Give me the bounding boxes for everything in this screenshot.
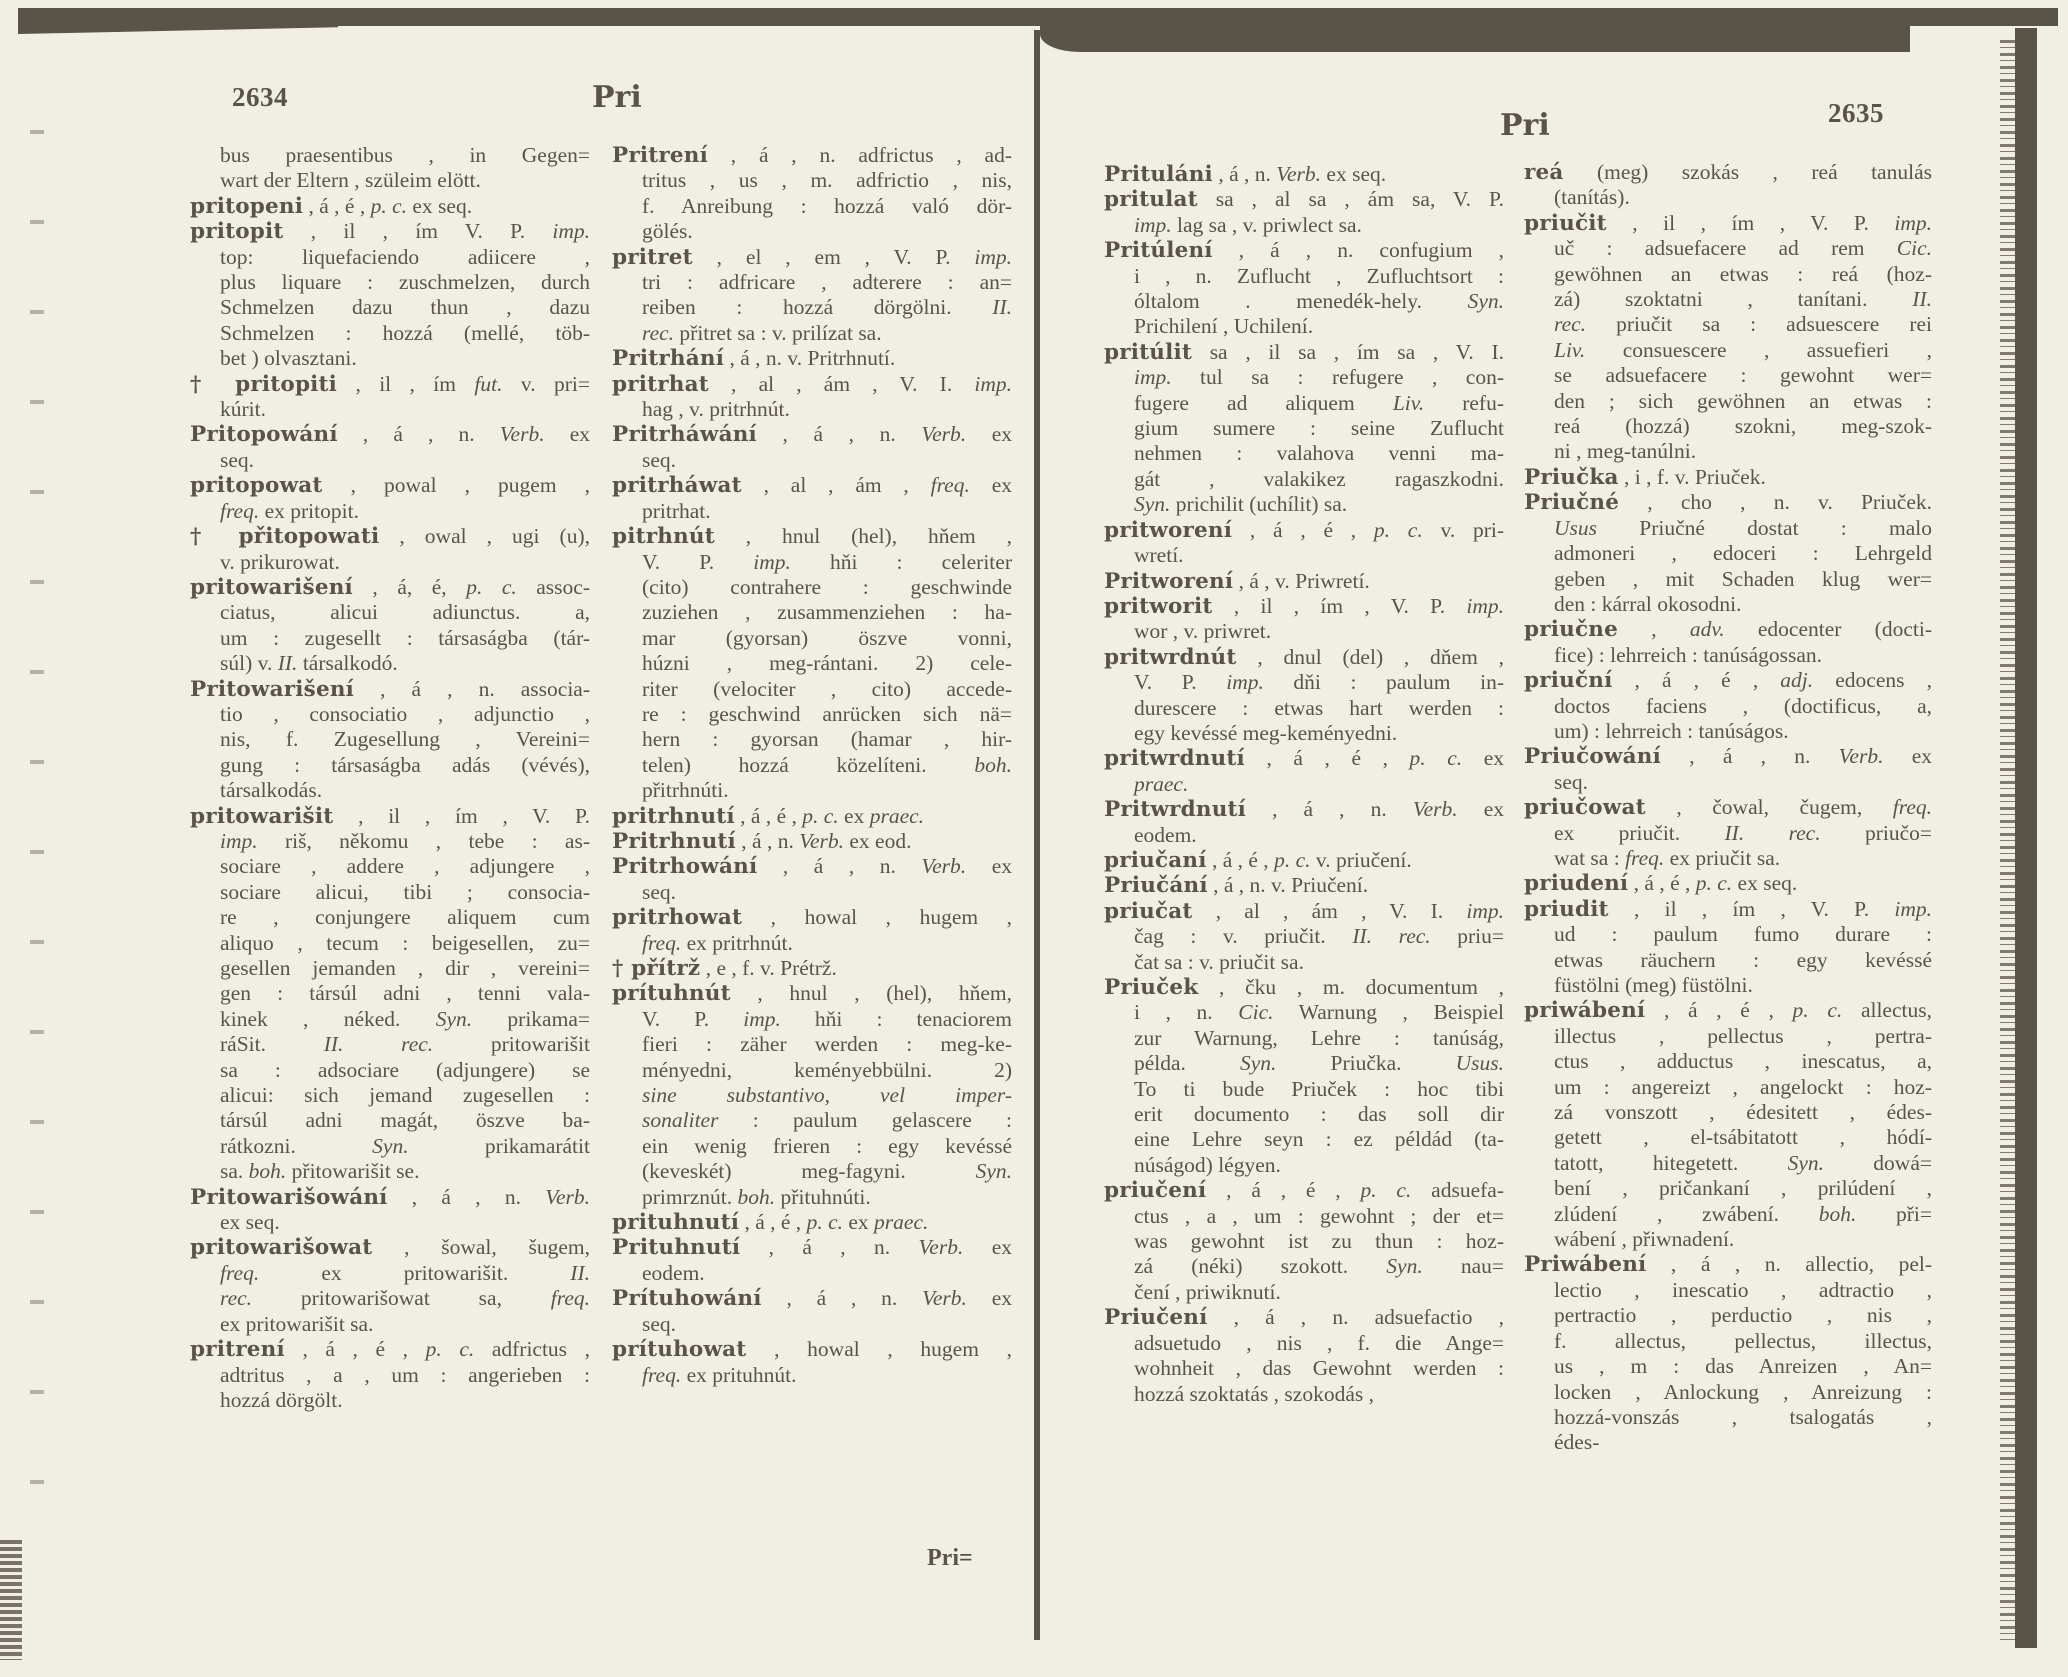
headword: pritret: [612, 245, 693, 270]
italic-abbreviation: p. c.: [1793, 998, 1843, 1022]
entry-headline: pitrhnút , hnul (hel), hňem ,: [612, 524, 1012, 549]
entry-continuation-line: ményedni, keményebbülni. 2): [612, 1058, 1012, 1083]
entry-headline: pritrhat , al , ám , V. I. imp.: [612, 372, 1012, 397]
entry-headline: priudit , il , ím , V. P. imp.: [1524, 897, 1932, 922]
entry-continuation-line: geben , mit Schaden klug wer=: [1524, 567, 1932, 592]
entry-headline: pritwrdnút , dnul (del) , dňem ,: [1104, 645, 1504, 670]
entry-continuation-line: reá (hozzá) szokni, meg-szok-: [1524, 414, 1932, 439]
headword: Priučné: [1524, 490, 1619, 515]
entry-continuation-line: praec.: [1104, 772, 1504, 797]
dictionary-entry: Pritúlení , á , n. confugium ,i , n. Zuf…: [1104, 238, 1504, 340]
entry-continuation-line: gát , valakikez ragaszkodni.: [1104, 467, 1504, 492]
italic-abbreviation: imp.: [974, 372, 1012, 396]
headword: priučowat: [1524, 795, 1646, 820]
italic-abbreviation: p. c.: [1696, 871, 1732, 895]
dictionary-entry: priučit , il , ím , V. P. imp.uč : adsue…: [1524, 211, 1932, 465]
italic-abbreviation: Syn.: [1788, 1151, 1824, 1175]
headword: Priučowání: [1524, 744, 1661, 769]
italic-abbreviation: Usus: [1554, 516, 1597, 540]
italic-abbreviation: rec.: [401, 1032, 433, 1056]
italic-abbreviation: Verb.: [500, 422, 545, 446]
headword: priuční: [1524, 668, 1612, 693]
entry-headline: Pritrháwání , á , n. Verb. ex: [612, 422, 1012, 447]
italic-abbreviation: Syn.: [1240, 1051, 1276, 1075]
dictionary-entry: pritrhat , al , ám , V. I. imp.hag , v. …: [612, 372, 1012, 423]
dictionary-entry: prítuhowat , howal , hugem ,freq. ex pri…: [612, 1337, 1012, 1388]
entry-continuation-line: v. prikurowat.: [190, 550, 590, 575]
entry-continuation-line: zlúdení , zwábení. boh. při=: [1524, 1202, 1932, 1227]
entry-continuation-line: Prichilení , Uchilení.: [1104, 314, 1504, 339]
dictionary-entry: pritrhowat , howal , hugem ,freq. ex pri…: [612, 905, 1012, 956]
entry-headline: pritwrdnutí , á , é , p. c. ex: [1104, 746, 1504, 771]
page-edge-right: [2015, 28, 2037, 1648]
entry-continuation-line: pertractio , perductio , nis ,: [1524, 1303, 1932, 1328]
italic-abbreviation: boh.: [738, 1185, 776, 1209]
entry-continuation-line: um : angereizt , angelockt : hoz-: [1524, 1075, 1932, 1100]
dictionary-entry: pritopeni , á , é , p. c. ex seq.: [190, 194, 590, 219]
entry-continuation-line: V. P. imp. dňi : paulum in-: [1104, 670, 1504, 695]
entry-continuation-line: freq. ex pritopit.: [190, 499, 590, 524]
italic-abbreviation: imp.: [753, 550, 791, 574]
italic-abbreviation: Liv.: [1393, 391, 1424, 415]
entry-headline: priučit , il , ím , V. P. imp.: [1524, 211, 1932, 236]
italic-abbreviation: fut.: [474, 372, 502, 396]
entry-continuation-line: rátkozni. Syn. prikamarátit: [190, 1134, 590, 1159]
entry-continuation-line: ud : paulum fumo durare :: [1524, 922, 1932, 947]
headword: prítuhowat: [612, 1337, 746, 1362]
entry-headline: Pritrhowání , á , n. Verb. ex: [612, 854, 1012, 879]
italic-abbreviation: adj.: [1780, 668, 1813, 692]
italic-abbreviation: imp.: [1894, 211, 1932, 235]
headword: Pritúlení: [1104, 238, 1213, 263]
italic-abbreviation: freq.: [642, 931, 681, 955]
headword: Priuček: [1104, 975, 1198, 1000]
entry-continuation-line: reiben : hozzá dörgölni. II.: [612, 295, 1012, 320]
italic-abbreviation: imp.: [552, 219, 590, 243]
entry-headline: pritrhnutí , á , é , p. c. ex praec.: [612, 804, 1012, 829]
italic-abbreviation: Syn.: [1134, 492, 1170, 516]
headword: Priučání: [1104, 873, 1208, 898]
entry-headline: priučat , al , ám , V. I. imp.: [1104, 899, 1504, 924]
headword: † přítrž: [612, 956, 700, 981]
entry-continuation-line: gölés.: [612, 219, 1012, 244]
dictionary-entry: priučne , adv. edocenter (docti-fice) : …: [1524, 617, 1932, 668]
entry-continuation-line: adtritus , a , um : angerieben :: [190, 1363, 590, 1388]
italic-abbreviation: imp.: [1134, 213, 1172, 237]
entry-continuation-line: sa. boh. přitowarišit se.: [190, 1159, 590, 1184]
headword: Prituláni: [1104, 162, 1213, 187]
entry-continuation-line: hozzá szoktatás , szokodás ,: [1104, 1382, 1504, 1407]
entry-continuation-line: tri : adfricare , adterere : an=: [612, 270, 1012, 295]
headword: prítuhnút: [612, 981, 731, 1006]
italic-abbreviation: II.: [1352, 924, 1372, 948]
dictionary-entry: Priučné , cho , n. v. Priuček.Usus Priuč…: [1524, 490, 1932, 617]
entry-continuation-line: társúl adni magát, öszve ba-: [190, 1108, 590, 1133]
entry-headline: pritworit , il , ím , V. P. imp.: [1104, 594, 1504, 619]
headword: pritrhowat: [612, 905, 742, 930]
italic-abbreviation: rec.: [1399, 924, 1431, 948]
headword: pritopowat: [190, 473, 323, 498]
italic-abbreviation: praec.: [1134, 772, 1188, 796]
headword: Prítuhowání: [612, 1286, 762, 1311]
italic-abbreviation: p. c.: [1410, 746, 1463, 770]
dictionary-entry: pritworit , il , ím , V. P. imp.wor , v.…: [1104, 594, 1504, 645]
entry-continuation-line: nehmen : valahova venni ma-: [1104, 441, 1504, 466]
entry-continuation-line: sonaliter : paulum gelascere :: [612, 1108, 1012, 1133]
entry-continuation-line: imp. lag sa , v. priwlect sa.: [1104, 213, 1504, 238]
entry-continuation-line: gewöhnen an etwas : reá (hoz-: [1524, 262, 1932, 287]
italic-abbreviation: p. c.: [1374, 518, 1423, 542]
dictionary-entry: Pritrháwání , á , n. Verb. exseq.: [612, 422, 1012, 473]
headword: pritrení: [190, 1337, 285, 1362]
entry-headline: pritulat sa , al sa , ám sa, V. P.: [1104, 187, 1504, 212]
entry-continuation-line: den ; sich gewöhnen an etwas :: [1524, 389, 1932, 414]
dictionary-entry: Pritwrdnutí , á , n. Verb. exeodem.: [1104, 797, 1504, 848]
entry-continuation-line: eine Lehre seyn : ez példád (ta-: [1104, 1127, 1504, 1152]
dictionary-entry: pritrení , á , é , p. c. adfrictus ,adtr…: [190, 1337, 590, 1413]
entry-headline: Pritowarišení , á , n. associa-: [190, 677, 590, 702]
entry-headline: Priwábení , á , n. allectio, pel-: [1524, 1252, 1932, 1277]
entry-continuation-line: seq.: [612, 448, 1012, 473]
entry-continuation-line: eodem.: [612, 1261, 1012, 1286]
headword: pritowarišit: [190, 804, 333, 829]
entry-continuation-line: wohnheit , das Gewohnt werden :: [1104, 1356, 1504, 1381]
entry-continuation-line: bus praesentibus , in Gegen=: [190, 143, 590, 168]
dictionary-entry: pritret , el , em , V. P. imp.tri : adfr…: [612, 245, 1012, 347]
entry-continuation-line: sociare alicui, tibi ; consocia-: [190, 880, 590, 905]
entry-headline: pritrhowat , howal , hugem ,: [612, 905, 1012, 930]
dictionary-entry: pritworení , á , é , p. c. v. pri-wretí.: [1104, 518, 1504, 569]
italic-abbreviation: Verb.: [921, 422, 966, 446]
headword: pritúlit: [1104, 340, 1192, 365]
headword: Pritrhání: [612, 346, 724, 371]
entry-headline: pritowarišení , á, é, p. c. assoc-: [190, 575, 590, 600]
dictionary-entry: pritrhnutí , á , é , p. c. ex praec.: [612, 804, 1012, 829]
entry-continuation-line: riter (velociter , cito) accede-: [612, 677, 1012, 702]
headword: priwábení: [1524, 998, 1645, 1023]
italic-abbreviation: Liv.: [1554, 338, 1585, 362]
entry-headline: priučowat , čowal, čugem, freq.: [1524, 795, 1932, 820]
headword: priučit: [1524, 211, 1607, 236]
book-gutter: [1034, 30, 1040, 1640]
italic-abbreviation: imp.: [220, 829, 258, 853]
entry-continuation-line: ni , meg-tanúlni.: [1524, 439, 1932, 464]
dictionary-entry: † pritopiti , il , ím fut. v. pri=kúrit.: [190, 372, 590, 423]
entry-headline: Pritowarišowání , á , n. Verb.: [190, 1185, 590, 1210]
headword: pritopeni: [190, 194, 303, 219]
entry-continuation-line: alicui: sich jemand zugesellen :: [190, 1083, 590, 1108]
entry-continuation-line: ein wenig frieren : egy kevéssé: [612, 1134, 1012, 1159]
dictionary-entry: priučaní , á , é , p. c. v. priučení.: [1104, 848, 1504, 873]
italic-abbreviation: freq.: [1893, 795, 1932, 819]
entry-continuation-line: Schmelzen : hozzá (mellé, töb-: [190, 321, 590, 346]
entry-headline: pritrháwat , al , ám , freq. ex: [612, 473, 1012, 498]
dictionary-entry: Priučání , á , n. v. Priučení.: [1104, 873, 1504, 898]
italic-abbreviation: sine substantivo, vel imper-: [642, 1083, 1012, 1107]
entry-continuation-line: adsuetudo , nis , f. die Ange=: [1104, 1331, 1504, 1356]
italic-abbreviation: II.: [278, 651, 298, 675]
entry-headline: Pritrení , á , n. adfrictus , ad-: [612, 143, 1012, 168]
entry-headline: pritret , el , em , V. P. imp.: [612, 245, 1012, 270]
headword: pritopit: [190, 219, 284, 244]
headword: Prituhnutí: [612, 1235, 740, 1260]
dictionary-entry: Priwábení , á , n. allectio, pel-lectio …: [1524, 1252, 1932, 1455]
dictionary-entry: Pritowarišení , á , n. associa-tio , con…: [190, 677, 590, 804]
italic-abbreviation: Syn.: [1468, 289, 1504, 313]
dictionary-entry: pritwrdnutí , á , é , p. c. expraec.: [1104, 746, 1504, 797]
entry-continuation-line: Usus Priučné dostat : malo: [1524, 516, 1932, 541]
italic-abbreviation: imp.: [1894, 897, 1932, 921]
entry-continuation-line: se adsuefacere : gewohnt wer=: [1524, 363, 1932, 388]
entry-continuation-line: (cito) contrahere : geschwinde: [612, 575, 1012, 600]
entry-continuation-line: kúrit.: [190, 397, 590, 422]
entry-headline: prítuhnút , hnul , (hel), hňem,: [612, 981, 1012, 1006]
entry-continuation-line: tatott, hitegetett. Syn. dowá=: [1524, 1151, 1932, 1176]
entry-continuation-line: núságod) légyen.: [1104, 1153, 1504, 1178]
dictionary-entry: Pritrhání , á , n. v. Pritrhnutí.: [612, 346, 1012, 371]
italic-abbreviation: p. c.: [802, 804, 838, 828]
italic-abbreviation: imp.: [1466, 594, 1504, 618]
entry-continuation-line: zur Warnung, Lehre : tanúság,: [1104, 1026, 1504, 1051]
dictionary-entry: priučowat , čowal, čugem, freq.ex priuči…: [1524, 795, 1932, 871]
dictionary-entry: Prituláni , á , n. Verb. ex seq.: [1104, 162, 1504, 187]
entry-continuation-line: us , m : das Anreizen , An=: [1524, 1354, 1932, 1379]
italic-abbreviation: imp.: [743, 1007, 781, 1031]
dictionary-entry: priučat , al , ám , V. I. imp.čag : v. p…: [1104, 899, 1504, 975]
dictionary-entry: pritwrdnút , dnul (del) , dňem ,V. P. im…: [1104, 645, 1504, 747]
dictionary-entry: pitrhnút , hnul (hel), hňem ,V. P. imp. …: [612, 524, 1012, 803]
entry-continuation-line: bení , pričankaní , prilúdení ,: [1524, 1176, 1932, 1201]
entry-headline: Pritúlení , á , n. confugium ,: [1104, 238, 1504, 263]
headword: Priwábení: [1524, 1252, 1646, 1277]
dictionary-entry: pritowarišowat , šowal, šugem,freq. ex p…: [190, 1235, 590, 1337]
entry-continuation-line: (keveskét) meg-fagyni. Syn.: [612, 1159, 1012, 1184]
entry-continuation-line: wat sa : freq. ex priučit sa.: [1524, 846, 1932, 871]
headword: Pritrhowání: [612, 854, 757, 879]
italic-abbreviation: p. c.: [1360, 1178, 1411, 1202]
headword: priudení: [1524, 871, 1628, 896]
running-head-left: Pri: [592, 80, 642, 115]
entry-continuation-line: bet ) olvasztani.: [190, 346, 590, 371]
entry-continuation-line: Syn. prichilit (uchílit) sa.: [1104, 492, 1504, 517]
entry-continuation-line: ciatus, alicui adiunctus. a,: [190, 600, 590, 625]
italic-abbreviation: Syn.: [436, 1007, 472, 1031]
dictionary-entry: † přítrž , e , f. v. Prétrž.: [612, 956, 1012, 981]
entry-continuation-line: rec. pritowarišowat sa, freq.: [190, 1286, 590, 1311]
headword: pritrháwat: [612, 473, 742, 498]
headword: † pritopiti: [190, 372, 337, 397]
entry-headline: pritowarišit , il , ím , V. P.: [190, 804, 590, 829]
entry-continuation-line: erit documento : das soll dir: [1104, 1102, 1504, 1127]
entry-headline: Pritwrdnutí , á , n. Verb. ex: [1104, 797, 1504, 822]
entry-continuation-line: primrznút. boh. přituhnúti.: [612, 1185, 1012, 1210]
entry-continuation-line: doctos faciens , (doctificus, a,: [1524, 694, 1932, 719]
dictionary-entry: Pritopowání , á , n. Verb. exseq.: [190, 422, 590, 473]
entry-headline: Prituhnutí , á , n. Verb. ex: [612, 1235, 1012, 1260]
italic-abbreviation: II.: [1912, 287, 1932, 311]
entry-continuation-line: seq.: [190, 448, 590, 473]
entry-headline: prítuhowat , howal , hugem ,: [612, 1337, 1012, 1362]
entry-continuation-line: V. P. imp. hňi : tenaciorem: [612, 1007, 1012, 1032]
entry-headline: Priučení , á , n. adsuefactio ,: [1104, 1305, 1504, 1330]
entry-continuation-line: ctus , adductus , inescatus, a,: [1524, 1049, 1932, 1074]
entry-headline: prituhnutí , á , é , p. c. ex praec.: [612, 1210, 1012, 1235]
left-page-column-1: bus praesentibus , in Gegen=wart der Elt…: [190, 143, 590, 1413]
italic-abbreviation: Verb.: [799, 829, 844, 853]
entry-continuation-line: zuziehen , zusammenziehen : ha-: [612, 600, 1012, 625]
entry-headline: † pritopiti , il , ím fut. v. pri=: [190, 372, 590, 397]
entry-continuation-line: freq. ex pritrhnút.: [612, 931, 1012, 956]
entry-continuation-line: den : kárral okosodni.: [1524, 592, 1932, 617]
italic-abbreviation: freq.: [220, 499, 259, 523]
entry-headline: Pritworení , á , v. Priwretí.: [1104, 569, 1504, 594]
entry-continuation-line: ex pritowarišit sa.: [190, 1312, 590, 1337]
page-number-right: 2635: [1828, 98, 1884, 129]
catchword: Pri=: [927, 1545, 973, 1572]
dictionary-entry: Priuček , čku , m. documentum ,i , n. Ci…: [1104, 975, 1504, 1178]
dictionary-entry: † přitopowati , owal , ugi (u),v. prikur…: [190, 524, 590, 575]
italic-abbreviation: p. c.: [426, 1337, 475, 1361]
italic-abbreviation: boh.: [974, 753, 1012, 777]
italic-abbreviation: rec.: [1554, 312, 1586, 336]
entry-continuation-line: fieri : zäher werden : meg-ke-: [612, 1032, 1012, 1057]
dictionary-entry: pritowarišení , á, é, p. c. assoc-ciatus…: [190, 575, 590, 677]
entry-headline: † přitopowati , owal , ugi (u),: [190, 524, 590, 549]
entry-continuation-line: re : geschwind anrücken sich nä=: [612, 702, 1012, 727]
italic-abbreviation: imp.: [1226, 670, 1264, 694]
entry-continuation-line: húzni , meg-rántani. 2) cele-: [612, 651, 1012, 676]
entry-continuation-line: gen : társúl adni , tenni vala-: [190, 981, 590, 1006]
italic-abbreviation: II.: [570, 1261, 590, 1285]
entry-headline: pritworení , á , é , p. c. v. pri-: [1104, 518, 1504, 543]
dictionary-entry: Pritrení , á , n. adfrictus , ad-tritus …: [612, 143, 1012, 245]
italic-abbreviation: boh.: [1819, 1202, 1857, 1226]
headword: Priučení: [1104, 1305, 1207, 1330]
entry-headline: priuční , á , é , adj. edocens ,: [1524, 668, 1932, 693]
headword: pitrhnút: [612, 524, 715, 549]
entry-continuation-line: eodem.: [1104, 823, 1504, 848]
entry-continuation-line: přitrhnúti.: [612, 778, 1012, 803]
right-page-column-1: Prituláni , á , n. Verb. ex seq.pritulat…: [1104, 162, 1504, 1407]
entry-headline: Priučka , i , f. v. Priuček.: [1524, 465, 1932, 490]
dictionary-entry: pritowarišit , il , ím , V. P.imp. riš, …: [190, 804, 590, 1185]
entry-headline: pritopowat , powal , pugem ,: [190, 473, 590, 498]
dictionary-entry: reá (meg) szokás , reá tanulás(tanítás).: [1524, 160, 1932, 211]
dictionary-entry: pritopowat , powal , pugem ,freq. ex pri…: [190, 473, 590, 524]
entry-continuation-line: sine substantivo, vel imper-: [612, 1083, 1012, 1108]
italic-abbreviation: Verb.: [922, 1286, 967, 1310]
entry-continuation-line: zá (néki) szokott. Syn. nau=: [1104, 1254, 1504, 1279]
entry-continuation-line: rec. priučit sa : adsuescere rei: [1524, 312, 1932, 337]
headword: pritrhnutí: [612, 804, 735, 829]
entry-continuation-line: wretí.: [1104, 543, 1504, 568]
entry-continuation-line: zá vonszott , édesitett , édes-: [1524, 1100, 1932, 1125]
entry-continuation-line: i , n. Cic. Warnung , Beispiel: [1104, 1000, 1504, 1025]
entry-continuation-line: kinek , néked. Syn. prikama=: [190, 1007, 590, 1032]
headword: priučení: [1104, 1178, 1206, 1203]
italic-abbreviation: p. c.: [1274, 848, 1310, 872]
entry-continuation-line: tritus , us , m. adfrictio , nis,: [612, 168, 1012, 193]
italic-abbreviation: praec.: [870, 804, 924, 828]
entry-continuation-line: zá) szoktatni , tanítani. II.: [1524, 287, 1932, 312]
headword: † přitopowati: [190, 524, 379, 549]
entry-headline: Pritrhání , á , n. v. Pritrhnutí.: [612, 346, 1012, 371]
entry-continuation-line: súl) v. II. társalkodó.: [190, 651, 590, 676]
headword: Pritowarišení: [190, 677, 354, 702]
entry-continuation-line: seq.: [612, 1312, 1012, 1337]
dictionary-entry: Priučka , i , f. v. Priuček.: [1524, 465, 1932, 490]
entry-headline: pritúlit sa , il sa , ím sa , V. I.: [1104, 340, 1504, 365]
entry-continuation-line: uč : adsuefacere ad rem Cic.: [1524, 236, 1932, 261]
dictionary-entry: Priučowání , á , n. Verb. exseq.: [1524, 744, 1932, 795]
entry-continuation-line: gium sumere : seine Zuflucht: [1104, 416, 1504, 441]
italic-abbreviation: imp.: [974, 245, 1012, 269]
entry-continuation-line: fice) : lehrreich : tanúságossan.: [1524, 643, 1932, 668]
italic-abbreviation: rec.: [642, 321, 674, 345]
italic-abbreviation: imp.: [1134, 365, 1172, 389]
headword: pritworit: [1104, 594, 1213, 619]
dictionary-entry: bus praesentibus , in Gegen=wart der Elt…: [190, 143, 590, 194]
headword: pritwrdnút: [1104, 645, 1237, 670]
dictionary-entry: priudit , il , ím , V. P. imp.ud : paulu…: [1524, 897, 1932, 999]
entry-continuation-line: sa : adsociare (adjungere) se: [190, 1058, 590, 1083]
entry-continuation-line: (tanítás).: [1524, 185, 1932, 210]
dictionary-entry: prítuhnút , hnul , (hel), hňem,V. P. imp…: [612, 981, 1012, 1210]
italic-abbreviation: Cic.: [1238, 1000, 1273, 1024]
entry-continuation-line: Liv. consuescere , assuefieri ,: [1524, 338, 1932, 363]
entry-continuation-line: top: liquefaciendo adiicere ,: [190, 245, 590, 270]
italic-abbreviation: Syn.: [372, 1134, 408, 1158]
italic-abbreviation: Verb.: [1839, 744, 1884, 768]
entry-headline: Priučání , á , n. v. Priučení.: [1104, 873, 1504, 898]
italic-abbreviation: Usus.: [1456, 1051, 1504, 1075]
entry-continuation-line: pritrhat.: [612, 499, 1012, 524]
italic-abbreviation: praec.: [874, 1210, 928, 1234]
entry-continuation-line: V. P. imp. hňi : celeriter: [612, 550, 1012, 575]
dictionary-entry: Pritworení , á , v. Priwretí.: [1104, 569, 1504, 594]
entry-continuation-line: locken , Anlockung , Anreizung :: [1524, 1380, 1932, 1405]
italic-abbreviation: Cic.: [1897, 236, 1932, 260]
entry-continuation-line: hozzá-vonszás , tsalogatás ,: [1524, 1405, 1932, 1430]
entry-headline: priučne , adv. edocenter (docti-: [1524, 617, 1932, 642]
entry-continuation-line: etwas räuchern : egy kevéssé: [1524, 948, 1932, 973]
entry-headline: priwábení , á , é , p. c. allectus,: [1524, 998, 1932, 1023]
entry-headline: pritopeni , á , é , p. c. ex seq.: [190, 194, 590, 219]
italic-abbreviation: sonaliter: [642, 1108, 718, 1132]
left-page-column-2: Pritrení , á , n. adfrictus , ad-tritus …: [612, 143, 1012, 1388]
entry-continuation-line: plus liquare : zuschmelzen, durch: [190, 270, 590, 295]
italic-abbreviation: freq.: [642, 1363, 681, 1387]
entry-continuation-line: was gewohnt ist zu thun : hoz-: [1104, 1229, 1504, 1254]
entry-continuation-line: rec. přitret sa : v. prilízat sa.: [612, 321, 1012, 346]
italic-abbreviation: p. c.: [807, 1210, 843, 1234]
entry-continuation-line: čag : v. priučit. II. rec. priu=: [1104, 924, 1504, 949]
entry-headline: priudení , á , é , p. c. ex seq.: [1524, 871, 1932, 896]
entry-headline: Prituláni , á , n. Verb. ex seq.: [1104, 162, 1504, 187]
entry-continuation-line: édes-: [1524, 1430, 1932, 1455]
entry-headline: Prítuhowání , á , n. Verb. ex: [612, 1286, 1012, 1311]
dictionary-entry: priudení , á , é , p. c. ex seq.: [1524, 871, 1932, 896]
entry-headline: reá (meg) szokás , reá tanulás: [1524, 160, 1932, 185]
italic-abbreviation: freq.: [1625, 846, 1664, 870]
entry-continuation-line: i , n. Zuflucht , Zufluchtsort :: [1104, 264, 1504, 289]
entry-continuation-line: mar (gyorsan) öszve vonni,: [612, 626, 1012, 651]
dictionary-entry: pritopit , il , ím V. P. imp.top: liquef…: [190, 219, 590, 371]
headword: pritwrdnutí: [1104, 746, 1245, 771]
entry-continuation-line: wábení , přiwnadení.: [1524, 1227, 1932, 1252]
italic-abbreviation: freq.: [931, 473, 970, 497]
headword: priučne: [1524, 617, 1618, 642]
